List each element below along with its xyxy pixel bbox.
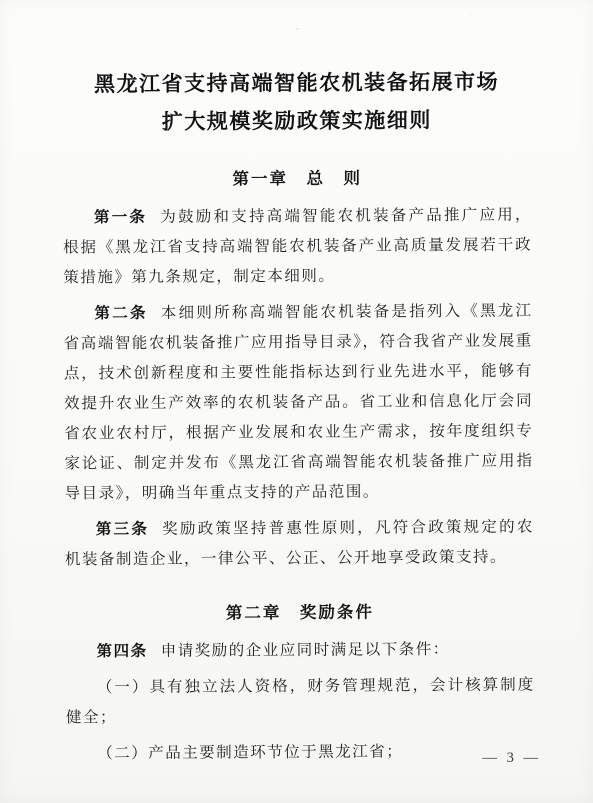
title-line-2: 扩大规模奖励政策实施细则 xyxy=(62,101,531,142)
item-text: （一）具有独立法人资格，财务管理规范，会计核算制度健全； xyxy=(66,677,535,727)
scan-speck xyxy=(470,14,472,16)
paragraph: 第三条奖励政策坚持普惠性原则，凡符合政策规定的农机装备制造企业，一律公平、公正、… xyxy=(65,513,534,576)
page-number: — 3 — xyxy=(483,750,542,767)
article-number: 第二条 xyxy=(94,305,147,322)
paragraph: 第一条为鼓励和支持高端智能农机装备产品推广应用，根据《黑龙江省支持高端智能农机装… xyxy=(63,201,533,294)
title-line-1: 黑龙江省支持高端智能农机装备拓展市场 xyxy=(62,63,531,104)
list-item: （二）产品主要制造环节位于黑龙江省； xyxy=(66,737,535,770)
article-number: 第四条 xyxy=(97,643,148,660)
paragraph-text: 本细则所称高端智能农机装备是指列入《黑龙江省高端智能农机装备推广应用指导目录》，… xyxy=(64,303,534,503)
paragraph-text: 申请奖励的企业应同时满足以下条件： xyxy=(161,641,450,660)
list-item: （一）具有独立法人资格，财务管理规范，会计核算制度健全； xyxy=(66,671,535,734)
article-number: 第一条 xyxy=(94,209,147,226)
chapter-heading: 第一章 总 则 xyxy=(63,163,532,196)
document-page: 黑龙江省支持高端智能农机装备拓展市场 扩大规模奖励政策实施细则 第一章 总 则第… xyxy=(0,0,593,803)
article-number: 第三条 xyxy=(96,521,149,538)
document-title: 黑龙江省支持高端智能农机装备拓展市场 扩大规模奖励政策实施细则 xyxy=(62,63,531,142)
paragraph: 第二条本细则所称高端智能农机装备是指列入《黑龙江省高端智能农机装备推广应用指导目… xyxy=(63,297,533,510)
paragraph: 第四条申请奖励的企业应同时满足以下条件： xyxy=(65,635,534,668)
chapter-heading: 第二章 奖励条件 xyxy=(65,597,534,630)
item-text: （二）产品主要制造环节位于黑龙江省； xyxy=(97,743,403,762)
document-content: 黑龙江省支持高端智能农机装备拓展市场 扩大规模奖励政策实施细则 第一章 总 则第… xyxy=(62,63,535,770)
document-body: 第一章 总 则第一条为鼓励和支持高端智能农机装备产品推广应用，根据《黑龙江省支持… xyxy=(63,163,536,770)
scan-speck xyxy=(296,28,299,30)
